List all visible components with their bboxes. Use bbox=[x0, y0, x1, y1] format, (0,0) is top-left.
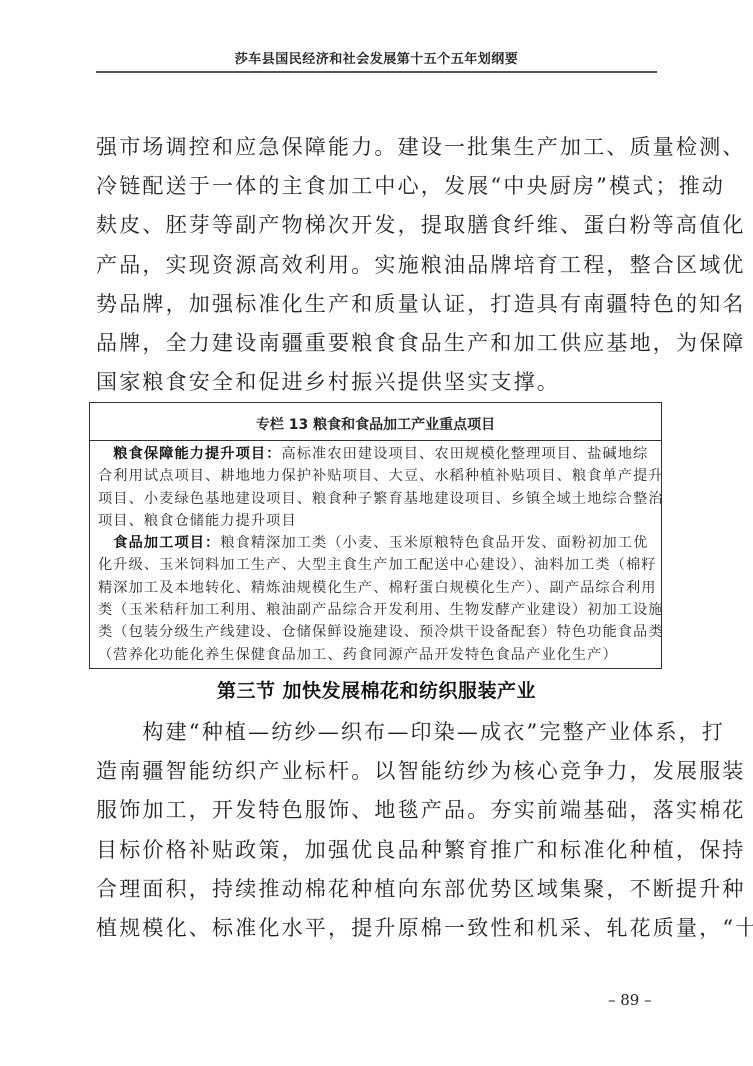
box-item-lead: 粮食保障能力提升项目： bbox=[113, 446, 281, 462]
text-line: 品牌，全力建设南疆重要粮食食品生产和加工供应基地，为保障 bbox=[96, 324, 666, 363]
header-rule bbox=[96, 71, 657, 73]
text-line: 麸皮、胚芽等副产物梯次开发，提取膳食纤维、蛋白粉等高值化 bbox=[96, 206, 666, 245]
running-header-title: 莎车县国民经济和社会发展第十五个五年划纲要 bbox=[96, 48, 657, 67]
box-text-line: 化升级、玉米饲料加工生产、大型主食生产加工配送中心建设）、油料加工类（棉籽 bbox=[98, 554, 653, 576]
box-text-line: （营养化功能化养生保健食品加工、药食同源产品开发特色食品产业化生产） bbox=[98, 644, 653, 666]
box-item-text: 高标准农田建设项目、农田规模化整理项目、盐碱地综 bbox=[281, 446, 648, 462]
text-line: 产品，实现资源高效利用。实施粮油品牌培育工程，整合区域优 bbox=[96, 246, 666, 285]
section-heading: 第三节 加快发展棉花和纺织服装产业 bbox=[96, 676, 657, 703]
text-line: 冷链配送于一体的主食加工中心，发展“中央厨房”模式；推动 bbox=[96, 167, 666, 206]
box-text-line: 项目、小麦绿色基地建设项目、粮食种子繁育基地建设项目、乡镇全域土地综合整治 bbox=[98, 488, 653, 510]
text-line: 构建“种植—纺纱—织布—印染—成衣”完整产业体系，打 bbox=[96, 713, 666, 752]
box-text-line: 项目、粮食仓储能力提升项目 bbox=[98, 510, 653, 532]
body-paragraph-1: 强市场调控和应急保障能力。建设一批集生产加工、质量检测、 冷链配送于一体的主食加… bbox=[96, 128, 666, 402]
text-line: 服饰加工，开发特色服饰、地毯产品。夯实前端基础，落实棉花 bbox=[96, 791, 666, 830]
text-line: 合理面积，持续推动棉花种植向东部优势区域集聚，不断提升种 bbox=[96, 870, 666, 909]
page-number: – 89 – bbox=[608, 991, 652, 1009]
box-text-line: 合利用试点项目、耕地地力保护补贴项目、大豆、水稻种植补贴项目、粮食单产提升 bbox=[98, 465, 653, 487]
box-text-line: 精深加工及本地转化、精炼油规模化生产、棉籽蛋白规模化生产）、副产品综合利用 bbox=[98, 577, 653, 599]
box-item-lead: 食品加工项目： bbox=[113, 535, 220, 551]
box-body: 粮食保障能力提升项目：高标准农田建设项目、农田规模化整理项目、盐碱地综 合利用试… bbox=[90, 441, 661, 666]
box-text-line: 类（玉米秸秆加工利用、粮油副产品综合开发利用、生物发酵产业建设）初加工设施 bbox=[98, 599, 653, 621]
text-line: 国家粮食安全和促进乡村振兴提供坚实支撑。 bbox=[96, 363, 666, 402]
feature-box-column-13: 专栏 13 粮食和食品加工产业重点项目 粮食保障能力提升项目：高标准农田建设项目… bbox=[89, 402, 662, 669]
body-paragraph-2: 构建“种植—纺纱—织布—印染—成衣”完整产业体系，打 造南疆智能纺织产业标杆。以… bbox=[96, 713, 666, 948]
text-line: 势品牌，加强标准化生产和质量认证，打造具有南疆特色的知名 bbox=[96, 285, 666, 324]
box-title: 专栏 13 粮食和食品加工产业重点项目 bbox=[90, 403, 661, 441]
box-item-grain-security-first-line: 粮食保障能力提升项目：高标准农田建设项目、农田规模化整理项目、盐碱地综 bbox=[98, 443, 653, 465]
text-line: 强市场调控和应急保障能力。建设一批集生产加工、质量检测、 bbox=[96, 128, 666, 167]
box-item-text: 粮食精深加工类（小麦、玉米原粮特色食品开发、面粉初加工优 bbox=[220, 535, 648, 551]
box-text-line: 类（包装分级生产线建设、仓储保鲜设施建设、预冷烘干设备配套）特色功能食品类 bbox=[98, 621, 653, 643]
text-line: 造南疆智能纺织产业标杆。以智能纺纱为核心竞争力，发展服装 bbox=[96, 752, 666, 791]
text-line: 目标价格补贴政策，加强优良品种繁育推广和标准化种植，保持 bbox=[96, 831, 666, 870]
box-item-food-processing-first-line: 食品加工项目：粮食精深加工类（小麦、玉米原粮特色食品开发、面粉初加工优 bbox=[98, 532, 653, 554]
text-line: 植规模化、标准化水平，提升原棉一致性和机采、轧花质量，“十 bbox=[96, 909, 666, 948]
